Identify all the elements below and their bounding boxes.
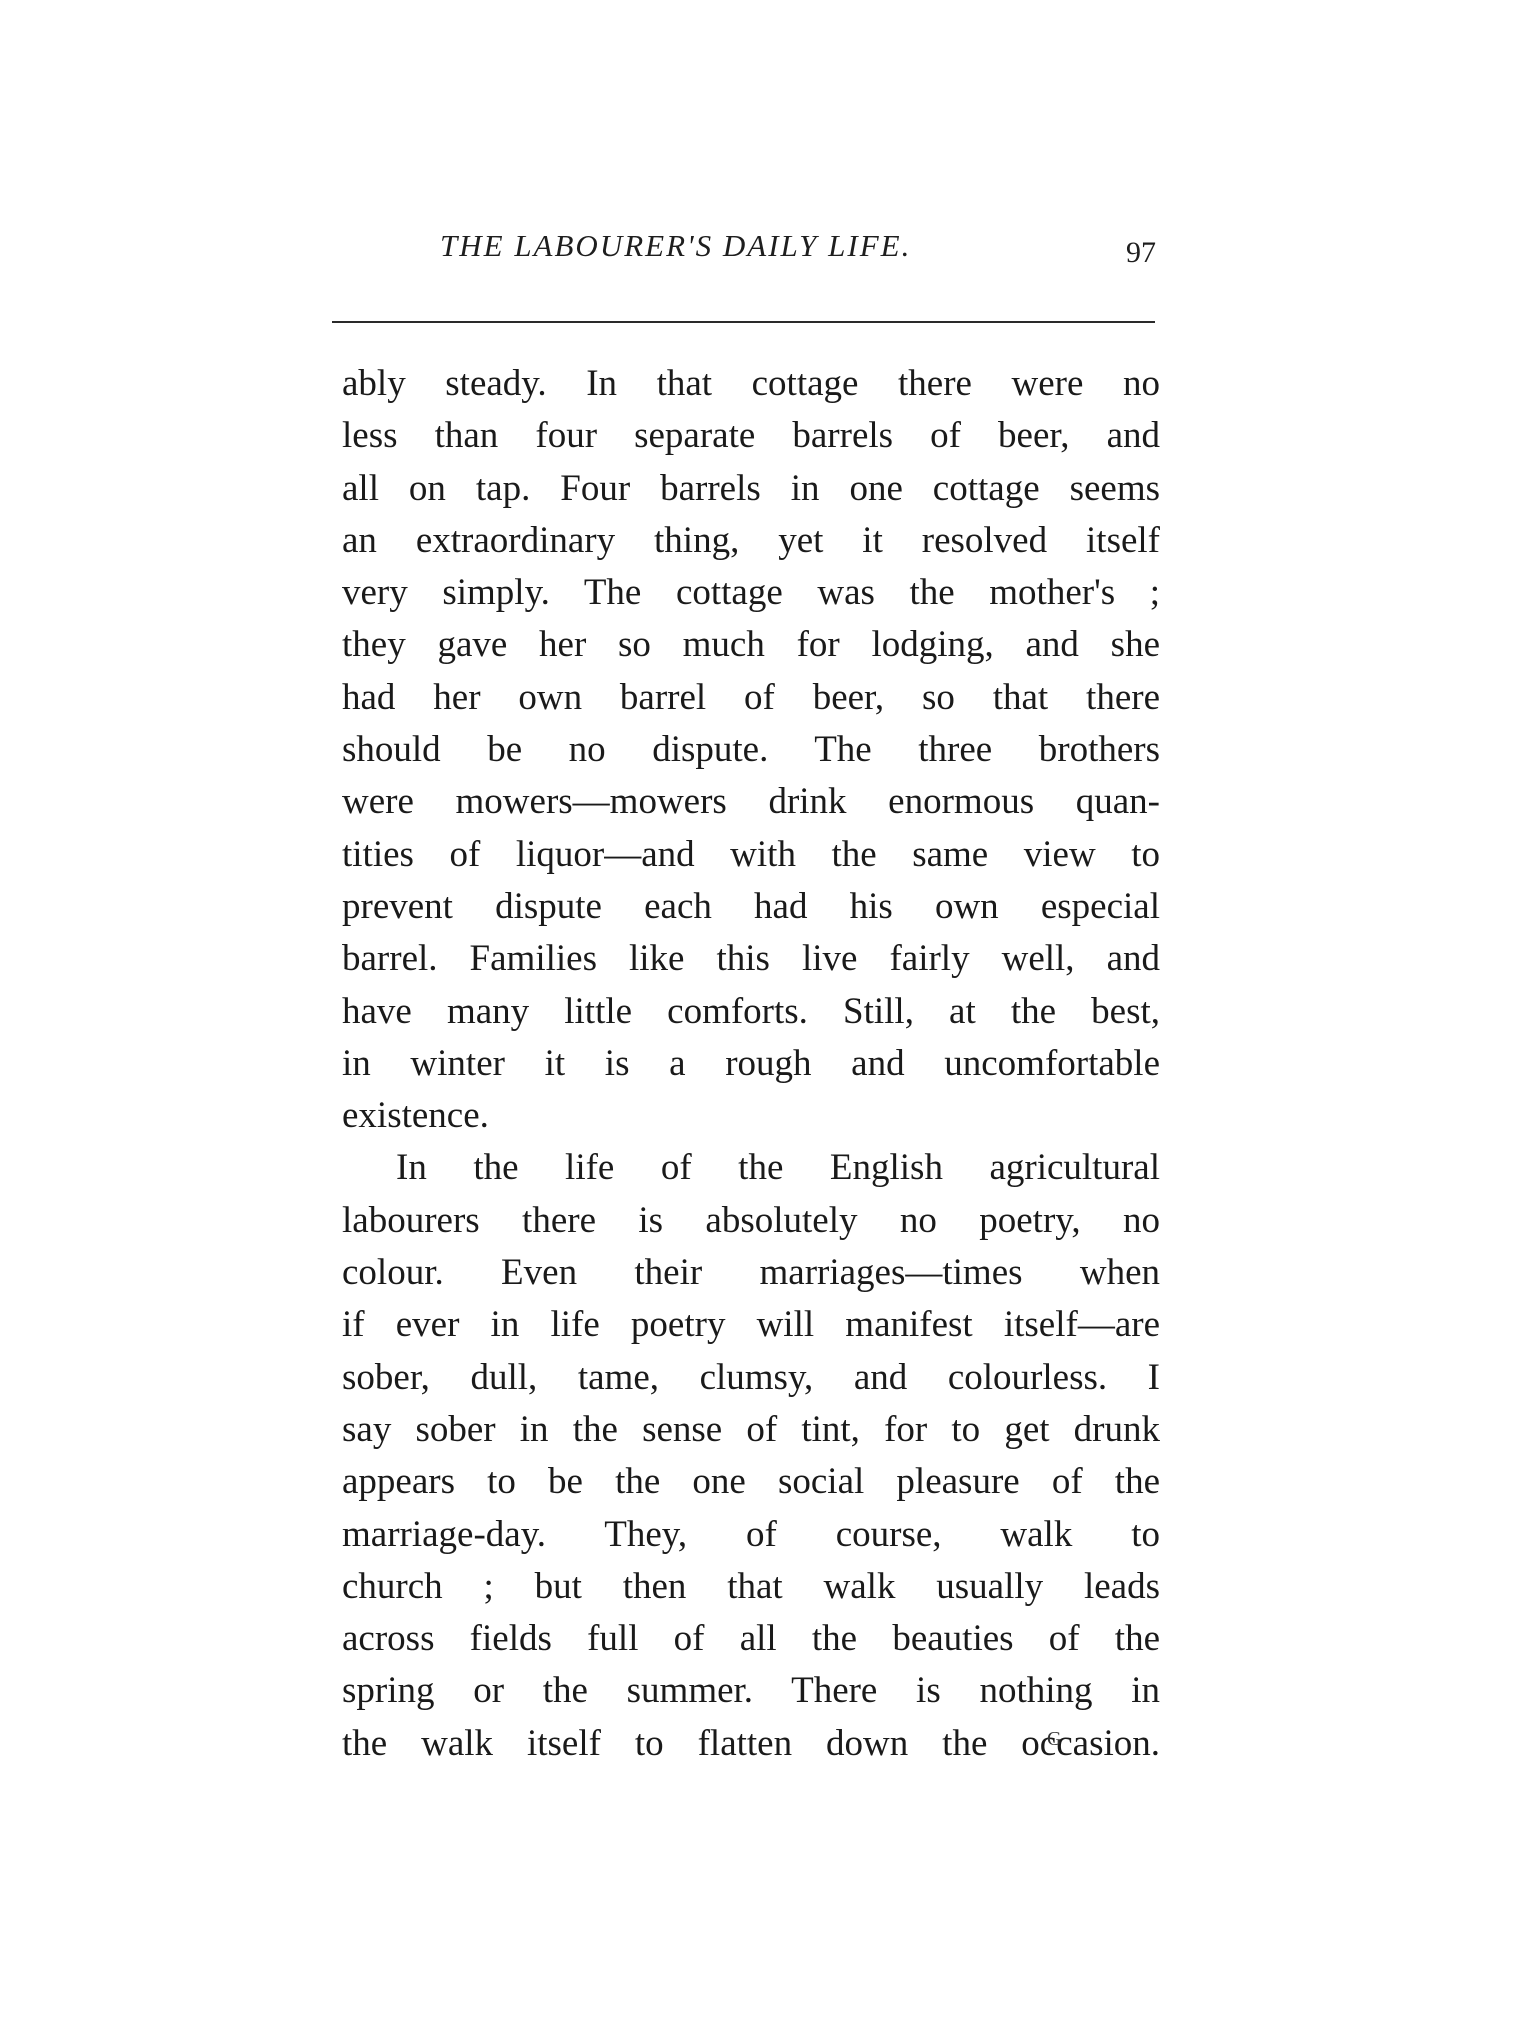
text-line: very simply. The cottage was the mother'…	[342, 567, 1160, 619]
text-line: tities of liquor—and with the same view …	[342, 829, 1160, 881]
text-line: In the life of the English agricultural	[342, 1142, 1160, 1194]
text-line: barrel. Families like this live fairly w…	[342, 933, 1160, 985]
text-line: in winter it is a rough and uncomfortabl…	[342, 1038, 1160, 1090]
text-line: church ; but then that walk usually lead…	[342, 1561, 1160, 1613]
text-line: if ever in life poetry will manifest its…	[342, 1299, 1160, 1351]
text-line: marriage-day. They, of course, walk to	[342, 1509, 1160, 1561]
text-line: the walk itself to flatten down the occa…	[342, 1718, 1160, 1770]
body-text: ably steady. In that cottage there were …	[342, 358, 1160, 1770]
text-line: existence.	[342, 1090, 1160, 1142]
header-rule	[332, 321, 1155, 323]
text-line: spring or the summer. There is nothing i…	[342, 1665, 1160, 1717]
text-line: labourers there is absolutely no poetry,…	[342, 1195, 1160, 1247]
text-line: colour. Even their marriages—times when	[342, 1247, 1160, 1299]
text-line: prevent dispute each had his own especia…	[342, 881, 1160, 933]
text-line: less than four separate barrels of beer,…	[342, 410, 1160, 462]
text-line: had her own barrel of beer, so that ther…	[342, 672, 1160, 724]
text-line: were mowers—mowers drink enormous quan-	[342, 776, 1160, 828]
text-line: they gave her so much for lodging, and s…	[342, 619, 1160, 671]
text-line: an extraordinary thing, yet it resolved …	[342, 515, 1160, 567]
page-number: 97	[1126, 236, 1156, 270]
text-line: all on tap. Four barrels in one cottage …	[342, 463, 1160, 515]
signature-mark: G	[1047, 1728, 1061, 1751]
text-line: appears to be the one social pleasure of…	[342, 1456, 1160, 1508]
text-line: ably steady. In that cottage there were …	[342, 358, 1160, 410]
running-head: THE LABOURER'S DAILY LIFE.	[440, 228, 1040, 264]
text-line: have many little comforts. Still, at the…	[342, 986, 1160, 1038]
text-line: across fields full of all the beauties o…	[342, 1613, 1160, 1665]
paragraph-1: ably steady. In that cottage there were …	[342, 358, 1160, 1142]
text-line: say sober in the sense of tint, for to g…	[342, 1404, 1160, 1456]
text-line: sober, dull, tame, clumsy, and colourles…	[342, 1352, 1160, 1404]
text-line: should be no dispute. The three brothers	[342, 724, 1160, 776]
book-page: THE LABOURER'S DAILY LIFE. 97 ably stead…	[0, 0, 1516, 2028]
paragraph-2: In the life of the English agricultural …	[342, 1142, 1160, 1770]
